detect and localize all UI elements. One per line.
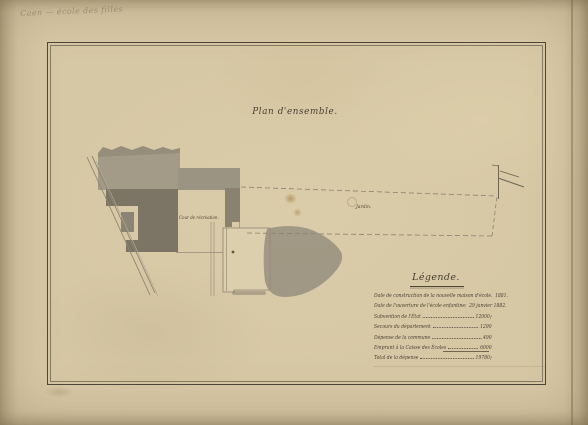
strip-end-mark-tick: [492, 165, 499, 166]
legend-entry: Date de l'ouverture de l'école enfantine…: [374, 301, 492, 311]
legend-rows: Date de construction de la nouvelle mais…: [374, 291, 492, 364]
dotted-leader: [448, 345, 478, 349]
garden-strip-top-dashed: [241, 187, 497, 196]
scanned-plan-document: Caen — école des filles Plan d'ensemble.: [0, 0, 588, 425]
legend-sum-rule: [443, 351, 489, 352]
building-wash-right-arm-step: [225, 220, 232, 227]
building-wash-arm: [178, 168, 240, 190]
plan-ink-speck: [232, 251, 235, 254]
legend-entry: Date de construction de la nouvelle mais…: [374, 291, 492, 301]
building-wash-dark-block: [106, 189, 178, 252]
garden-wash-blob: [264, 226, 342, 297]
building-wash-right-arm: [225, 188, 240, 222]
legend-entry: Emprunt à la Caisse des Écoles 6000: [374, 343, 492, 353]
dotted-leader: [432, 324, 478, 328]
garden-label: Jardin.: [356, 204, 371, 210]
new-school-outline: [223, 228, 270, 292]
legend-entry-total: Total de la dépense 19780f: [374, 353, 492, 363]
courtyard-label: Cour de récréation.: [179, 215, 219, 221]
paper-crease: [373, 366, 545, 367]
legend-title-rule: [410, 286, 464, 287]
strip-end-mark-diagonal-short: [500, 171, 519, 177]
strip-end-mark-diagonal-long: [498, 178, 524, 187]
legend: Légende. Date de construction de la nouv…: [372, 272, 548, 372]
legend-title: Légende.: [394, 272, 478, 283]
dotted-leader: [420, 355, 474, 359]
dotted-leader: [432, 335, 481, 339]
garden-strip-end-dashed: [492, 196, 497, 236]
legend-entry: Dépense de la commune 490: [374, 333, 492, 343]
ground-shadow-smear: [232, 291, 266, 295]
legend-entry: Subvention de l'État 12000f: [374, 312, 492, 322]
paper-edge-line: [571, 0, 573, 425]
legend-entry: Secours du département 1290: [374, 322, 492, 332]
dotted-leader: [422, 314, 473, 318]
